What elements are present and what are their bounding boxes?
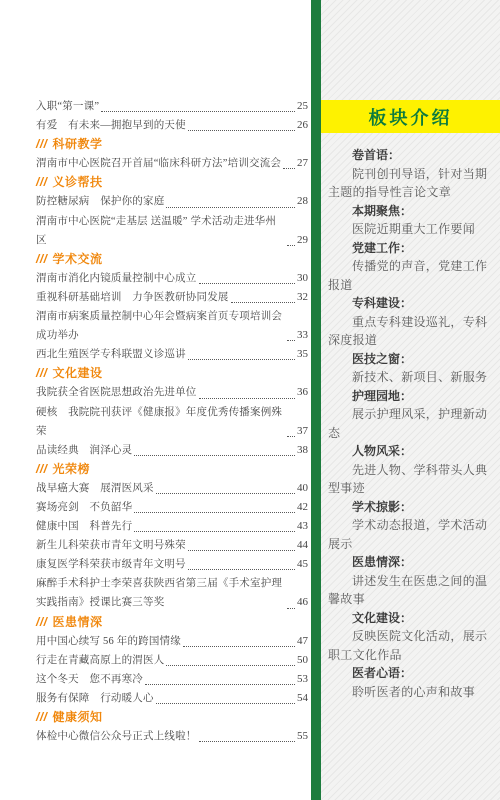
toc-leader-dots [188, 359, 295, 360]
toc-entry: 体检中心微信公众号正式上线啦！55 [36, 727, 308, 746]
toc-entry: 入职“第一课”25 [36, 97, 308, 116]
toc-section-header-label: 学术交流 [53, 252, 103, 266]
toc-entry-title: 入职“第一课” [36, 97, 99, 116]
toc-entry-title: 这个冬天 您不再寒冷 [36, 670, 143, 689]
toc-leader-dots [199, 283, 296, 284]
intro-section-desc: 医院近期重大工作要闻 [328, 220, 490, 239]
toc-section-marker: /// [36, 462, 48, 476]
toc-section-header: ///文化建设 [36, 364, 308, 383]
toc-leader-dots [134, 531, 295, 532]
toc-leader-dots [156, 703, 295, 704]
toc-entry-title: 西北生殖医学专科联盟义诊巡讲 [36, 345, 186, 364]
toc-entry: 麻醉手术科护士李荣喜获陕西省第三届《手术室护理实践指南》授课比赛三等奖46 [36, 574, 308, 612]
toc-leader-dots [134, 455, 295, 456]
toc-page-number: 32 [297, 288, 308, 307]
toc-section-header: ///科研教学 [36, 135, 308, 154]
toc-section-header: ///医患情深 [36, 613, 308, 632]
toc-entry-title: 防控糖尿病 保护你的家庭 [36, 192, 164, 211]
toc-leader-dots [183, 646, 295, 647]
toc-leader-dots [101, 111, 295, 112]
toc-section-marker: /// [36, 366, 48, 380]
toc-entry: 战早癌大赛 展渭医风采40 [36, 479, 308, 498]
toc-leader-dots [287, 340, 295, 341]
toc-page-number: 36 [297, 383, 308, 402]
intro-section-label: 护理园地： [328, 387, 490, 406]
toc-entry-title: 重视科研基础培训 力争医教研协同发展 [36, 288, 229, 307]
toc-entry: 健康中国 科普先行43 [36, 517, 308, 536]
toc-page-number: 53 [297, 670, 308, 689]
toc-page-number: 42 [297, 498, 308, 517]
toc-entry-title: 渭南市消化内镜质量控制中心成立 [36, 269, 197, 288]
toc-page-number: 45 [297, 555, 308, 574]
toc-entry: 我院获全省医院思想政治先进单位36 [36, 383, 308, 402]
toc-leader-dots [287, 245, 295, 246]
toc-entry: 赛场亮剑 不负韶华42 [36, 498, 308, 517]
toc-section-header: ///学术交流 [36, 250, 308, 269]
toc-page-number: 50 [297, 651, 308, 670]
toc-page-number: 37 [297, 422, 308, 441]
toc-section-header-label: 医患情深 [53, 615, 103, 629]
intro-section-label: 专科建设： [328, 294, 490, 313]
toc-leader-dots [199, 741, 296, 742]
toc-entry: 渭南市消化内镜质量控制中心成立30 [36, 269, 308, 288]
intro-section-label: 党建工作： [328, 239, 490, 258]
intro-section-desc: 学术动态报道，学术活动展示 [328, 516, 490, 553]
magazine-toc-page: { "colors": { "accent_orange": "#f0860a"… [0, 0, 500, 800]
toc-page-number: 30 [297, 269, 308, 288]
toc-entry: 康复医学科荣获市级青年文明号45 [36, 555, 308, 574]
toc-entry: 渭南市病案质量控制中心年会暨病案首页专项培训会成功举办33 [36, 307, 308, 345]
toc-page-number: 26 [297, 116, 308, 135]
toc-section-header-label: 文化建设 [53, 366, 103, 380]
toc-leader-dots [188, 130, 295, 131]
toc-entry-title: 行走在青藏高原上的渭医人 [36, 651, 164, 670]
toc-leader-dots [156, 493, 295, 494]
intro-panel: 板块介绍 卷首语：院刊创刊导语，针对当期主题的指导性言论文章本期聚焦：医院近期重… [321, 0, 500, 800]
toc-entry: 新生儿科荣获市青年文明号殊荣44 [36, 536, 308, 555]
toc-entry: 行走在青藏高原上的渭医人50 [36, 651, 308, 670]
toc-page-number: 35 [297, 345, 308, 364]
toc-entry: 品读经典 润泽心灵38 [36, 441, 308, 460]
toc-page-number: 46 [297, 593, 308, 612]
toc-entry-title: 体检中心微信公众号正式上线啦！ [36, 727, 197, 746]
intro-panel-title: 板块介绍 [369, 104, 453, 130]
intro-section-label: 医技之窗： [328, 350, 490, 369]
toc-section-marker: /// [36, 615, 48, 629]
toc-page-number: 28 [297, 192, 308, 211]
toc-entry: 西北生殖医学专科联盟义诊巡讲35 [36, 345, 308, 364]
toc-entry-title: 服务有保障 行动暖人心 [36, 689, 154, 708]
toc-entry-title: 硬核 我院院刊获评《健康报》年度优秀传播案例殊荣 [36, 403, 285, 441]
toc-entry-title: 渭南市病案质量控制中心年会暨病案首页专项培训会成功举办 [36, 307, 285, 345]
toc-section-header-label: 光荣榜 [53, 462, 91, 476]
toc-leader-dots [166, 207, 295, 208]
toc-entry-title: 品读经典 润泽心灵 [36, 441, 132, 460]
toc-entry: 渭南市中心医院召开首届“临床科研方法”培训交流会27 [36, 154, 308, 173]
intro-section-desc: 聆听医者的心声和故事 [328, 683, 490, 702]
toc-leader-dots [166, 665, 295, 666]
intro-section-label: 学术掠影： [328, 498, 490, 517]
toc-leader-dots [145, 684, 295, 685]
intro-section-label: 医患情深： [328, 553, 490, 572]
toc-entry-title: 康复医学科荣获市级青年文明号 [36, 555, 186, 574]
intro-section-label: 人物风采： [328, 442, 490, 461]
toc-entry-title: 有爱 有未来—拥抱早到的天使 [36, 116, 186, 135]
intro-section-desc: 传播党的声音，党建工作报道 [328, 257, 490, 294]
toc-entry: 渭南市中心医院“走基层 送温暖” 学术活动走进华州区29 [36, 212, 308, 250]
intro-section-desc: 新技术、新项目、新服务 [328, 368, 490, 387]
intro-section-label: 本期聚焦： [328, 202, 490, 221]
toc-section-marker: /// [36, 252, 48, 266]
toc-entry: 用中国心续写 56 年的跨国情缘47 [36, 632, 308, 651]
toc-entry-title: 我院获全省医院思想政治先进单位 [36, 383, 197, 402]
toc-entry-title: 麻醉手术科护士李荣喜获陕西省第三届《手术室护理实践指南》授课比赛三等奖 [36, 574, 285, 612]
intro-banner: 板块介绍 [321, 100, 500, 133]
intro-section-desc: 重点专科建设巡礼，专科深度报道 [328, 313, 490, 350]
toc-entry-title: 渭南市中心医院召开首届“临床科研方法”培训交流会 [36, 154, 281, 173]
toc-section-header: ///光荣榜 [36, 460, 308, 479]
toc-page-number: 25 [297, 97, 308, 116]
toc-entry-title: 健康中国 科普先行 [36, 517, 132, 536]
toc-entry: 这个冬天 您不再寒冷53 [36, 670, 308, 689]
toc-entry-title: 用中国心续写 56 年的跨国情缘 [36, 632, 181, 651]
toc-leader-dots [188, 569, 295, 570]
toc-page-number: 40 [297, 479, 308, 498]
toc-page-number: 38 [297, 441, 308, 460]
toc-page-number: 29 [297, 231, 308, 250]
toc-entry-title: 新生儿科荣获市青年文明号殊荣 [36, 536, 186, 555]
toc-page-number: 54 [297, 689, 308, 708]
toc-page-number: 44 [297, 536, 308, 555]
toc-entry-title: 赛场亮剑 不负韶华 [36, 498, 132, 517]
toc-leader-dots [287, 608, 295, 609]
toc-entry: 有爱 有未来—拥抱早到的天使26 [36, 116, 308, 135]
toc-entry-title: 渭南市中心医院“走基层 送温暖” 学术活动走进华州区 [36, 212, 285, 250]
toc-section-header-label: 义诊帮扶 [53, 175, 103, 189]
toc-leader-dots [283, 168, 295, 169]
toc-section-marker: /// [36, 175, 48, 189]
toc-section-marker: /// [36, 137, 48, 151]
intro-section-label: 文化建设： [328, 609, 490, 628]
toc-section-marker: /// [36, 710, 48, 724]
intro-section-desc: 先进人物、学科带头人典型事迹 [328, 461, 490, 498]
intro-section-label: 医者心语： [328, 664, 490, 683]
intro-body: 卷首语：院刊创刊导语，针对当期主题的指导性言论文章本期聚焦：医院近期重大工作要闻… [321, 146, 500, 701]
toc-page-number: 47 [297, 632, 308, 651]
intro-section-desc: 院刊创刊导语，针对当期主题的指导性言论文章 [328, 165, 490, 202]
toc-section-header-label: 健康须知 [53, 710, 103, 724]
intro-section-desc: 展示护理风采，护理新动态 [328, 405, 490, 442]
toc-entry: 重视科研基础培训 力争医教研协同发展32 [36, 288, 308, 307]
toc-section-header: ///义诊帮扶 [36, 173, 308, 192]
intro-section-desc: 反映医院文化活动，展示职工文化作品 [328, 627, 490, 664]
toc-leader-dots [199, 398, 296, 399]
toc-leader-dots [287, 436, 295, 437]
toc-section-header-label: 科研教学 [53, 137, 103, 151]
intro-section-label: 卷首语： [328, 146, 490, 165]
toc-leader-dots [231, 302, 295, 303]
toc-leader-dots [134, 512, 295, 513]
toc: 入职“第一课”25有爱 有未来—拥抱早到的天使26///科研教学渭南市中心医院召… [36, 97, 308, 746]
toc-entry: 硬核 我院院刊获评《健康报》年度优秀传播案例殊荣37 [36, 403, 308, 441]
intro-section-desc: 讲述发生在医患之间的温馨故事 [328, 572, 490, 609]
toc-section-header: ///健康须知 [36, 708, 308, 727]
toc-leader-dots [188, 550, 295, 551]
toc-page-number: 27 [297, 154, 308, 173]
divider-bar [311, 0, 321, 800]
toc-entry-title: 战早癌大赛 展渭医风采 [36, 479, 154, 498]
toc-entry: 防控糖尿病 保护你的家庭28 [36, 192, 308, 211]
toc-page-number: 55 [297, 727, 308, 746]
toc-page-number: 43 [297, 517, 308, 536]
toc-entry: 服务有保障 行动暖人心54 [36, 689, 308, 708]
toc-page-number: 33 [297, 326, 308, 345]
